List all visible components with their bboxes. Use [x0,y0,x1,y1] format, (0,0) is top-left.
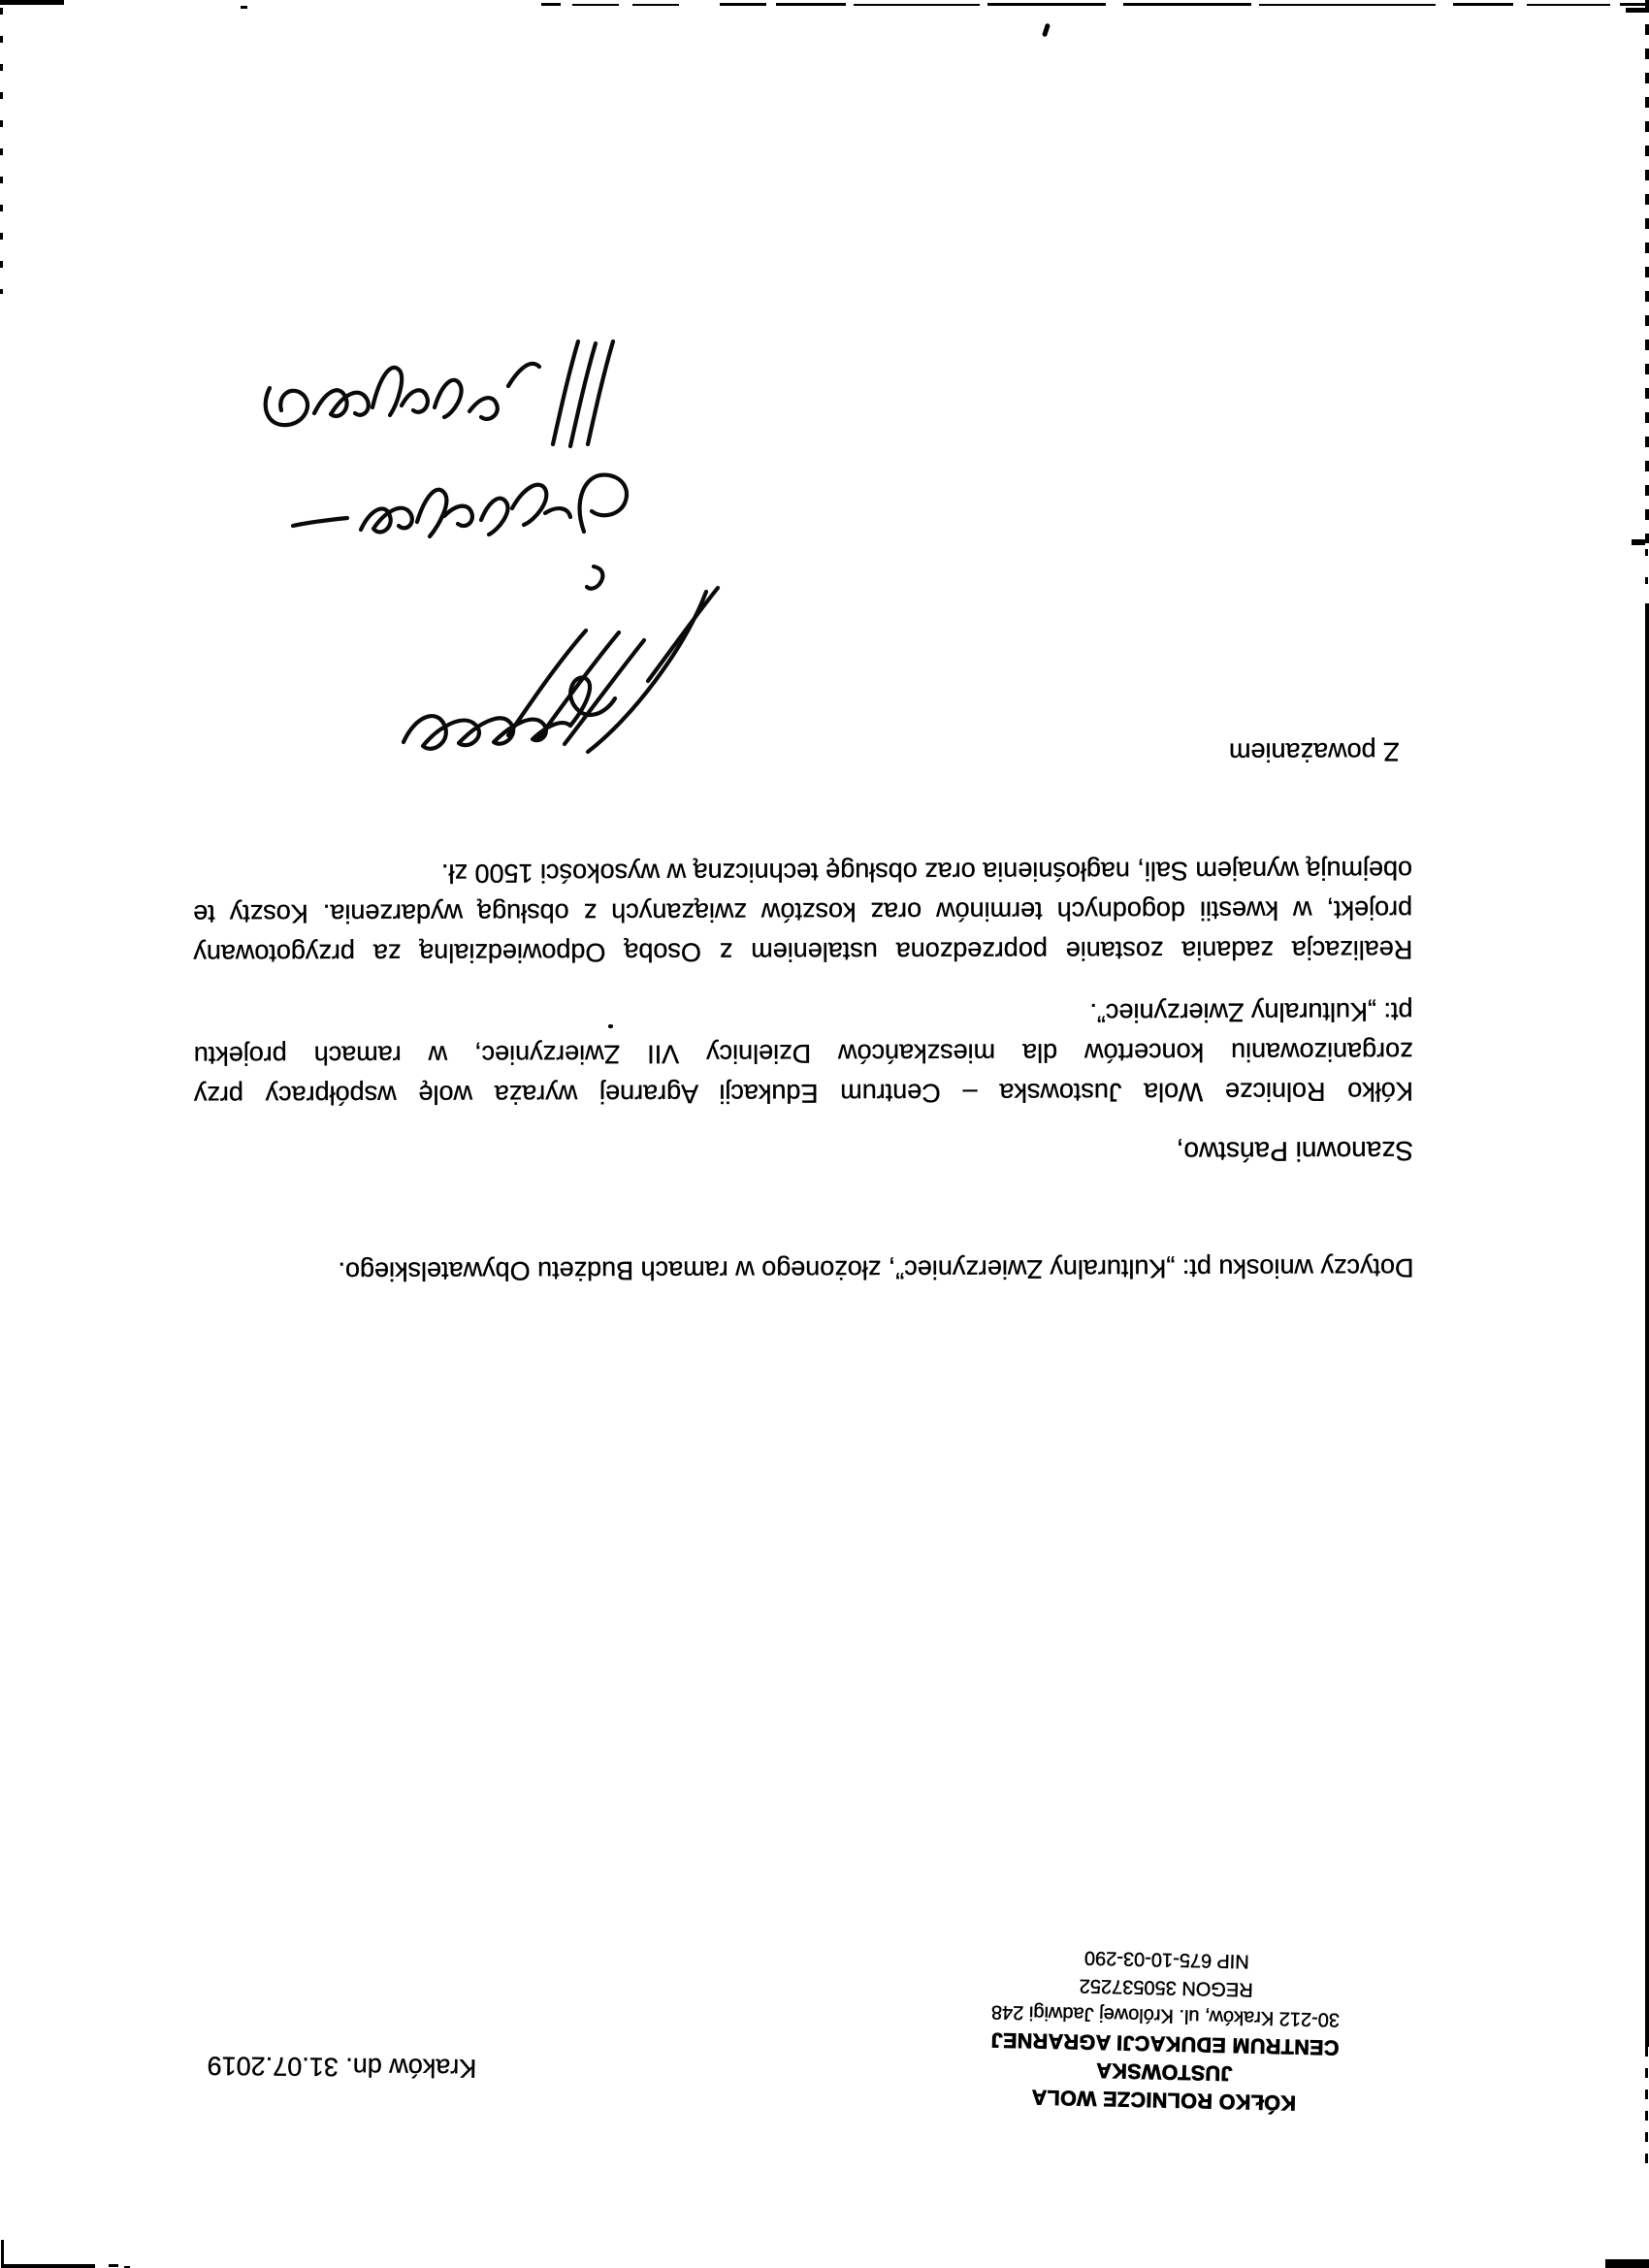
scan-artifact-top-edge [632,4,679,6]
sender-stamp: KÓŁKO ROLNICZE WOLA JUSTOWSKA CENTRUM ED… [970,1940,1360,2118]
subject-line: Dotyczy wniosku pt: „Kulturalny Zwierzyn… [189,1252,1413,1286]
text-line: obejmują wynajem Sali, nagłośnienia oraz… [193,850,1412,893]
scan-artifact-top-edge [1527,4,1610,6]
scan-artifact-right-edge [1645,603,1649,2047]
scan-artifact-top-edge [854,4,980,6]
text-line: pt: „Kulturalny Zwierzyniec”. [193,991,1412,1035]
stamp-line-org1: KÓŁKO ROLNICZE WOLA JUSTOWSKA [970,2053,1357,2118]
scan-artifact-corner-mark [1605,2259,1649,2268]
letter-content-rotated: KÓŁKO ROLNICZE WOLA JUSTOWSKA CENTRUM ED… [0,0,1649,2268]
scan-artifact-top-edge [241,6,247,9]
signature-scribble-1 [254,328,632,464]
scan-artifact-top-edge [1123,3,1251,6]
scan-artifact-corner-mark [1,2264,95,2268]
scan-artifact-top-edge [0,0,64,5]
text-line: zorganizowaniu koncertów dla mieszkańców… [194,1031,1413,1075]
scan-artifact-speck [109,2264,118,2267]
scanned-letter-page: KÓŁKO ROLNICZE WOLA JUSTOWSKA CENTRUM ED… [0,0,1649,2268]
text-line: Realizacja zadania zostanie poprzedzona … [193,929,1412,973]
text-line: Kółko Rolnicze Wola Justowska – Centrum … [194,1071,1413,1115]
scan-artifact-top-edge [776,3,846,6]
scan-artifact-top-edge [720,3,766,6]
salutation: Szanowni Państwo, [1177,1135,1413,1167]
scan-artifact-top-edge [1453,3,1513,6]
date-line: Kraków dn. 31.07.2019 [207,2050,476,2083]
scan-artifact-top-edge [987,3,1106,6]
scan-artifact-top-edge [572,4,619,6]
scan-artifact-right-edge [1645,549,1648,603]
paragraph-cooperation: Kółko Rolnicze Wola Justowska – Centrum … [193,991,1412,1115]
closing-line: Z poważaniem [1229,736,1400,767]
scan-artifact-left-edge [0,8,3,294]
scan-artifact-speck [608,1024,613,1028]
paragraph-realization: Realizacja zadania zostanie poprzedzona … [193,850,1412,973]
scan-artifact-right-edge [1645,2047,1648,2165]
text-line: projekt, w kwestii dogodnych terminów or… [193,890,1412,933]
scan-artifact-top-edge [541,3,561,6]
scan-artifact-right-edge [1645,0,1649,543]
signature-scribble-3 [394,534,728,791]
scan-artifact-right-edge-tick [1632,539,1645,545]
scan-artifact-top-edge [1259,4,1436,6]
